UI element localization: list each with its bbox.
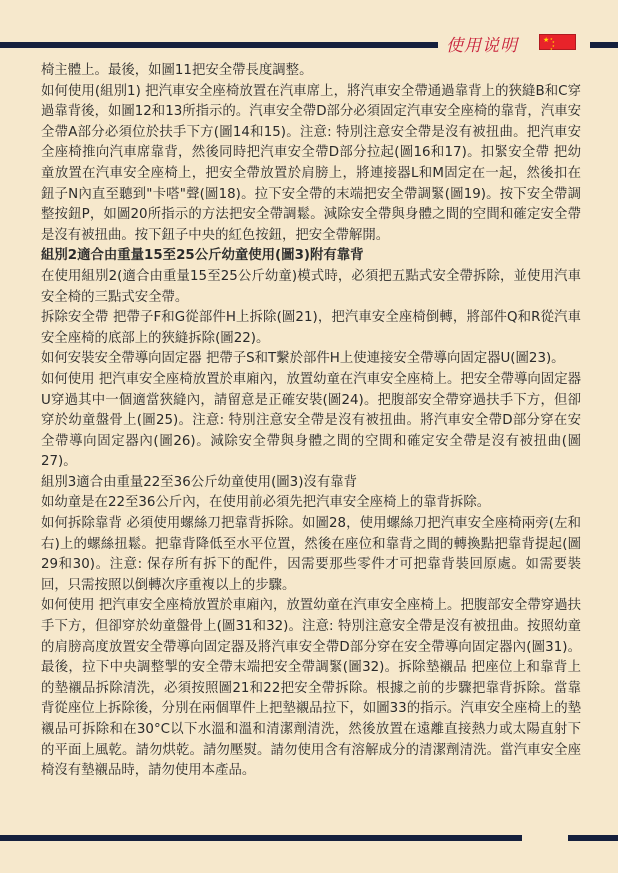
paragraph: 在使用組別2(適合由重量15至25公斤幼童)模式時，必須把五點式安全帶拆除，並使…: [41, 267, 581, 308]
paragraph: 拆除安全帶 把帶子F和G從部件H上拆除(圖21)，把汽車安全座椅倒轉，將部件Q和…: [41, 308, 581, 349]
footer-rule-left: [0, 835, 522, 841]
header-rule-right: [590, 42, 618, 48]
paragraph: 如何拆除靠背 必須使用螺絲刀把靠背拆除。如圖28，使用螺絲刀把汽車安全座椅兩旁(…: [41, 514, 581, 596]
paragraph: 椅主體上。最後，如圖11把安全帶長度調整。: [41, 61, 581, 82]
china-flag-icon: ★ ★ ★ ★ ★: [539, 34, 576, 50]
page-title: 使用说明: [446, 31, 518, 56]
paragraph: 如何使用(組別1) 把汽車安全座椅放置在汽車席上，將汽車安全帶通過靠背上的狹縫B…: [41, 82, 581, 247]
section-heading: 組別2適合由重量15至25公斤幼童使用(圖3)附有靠背: [41, 246, 581, 267]
section-heading: 組別3適合由重量22至36公斤幼童使用(圖3)沒有靠背: [41, 473, 581, 494]
paragraph: 如何使用 把汽車安全座椅放置於車廂內，放置幼童在汽車安全座椅上。把腹部安全帶穿過…: [41, 596, 581, 781]
paragraph: 如何使用 把汽車安全座椅放置於車廂內，放置幼童在汽車安全座椅上。把安全帶導向固定…: [41, 370, 581, 473]
paragraph: 如何安裝安全帶導向固定器 把帶子S和T繫於部件H上使連接安全帶導向固定器U(圖2…: [41, 349, 581, 370]
paragraph: 如幼童是在22至36公斤內，在使用前必須先把汽車安全座椅上的靠背拆除。: [41, 493, 581, 514]
header-rule-left: [0, 42, 438, 48]
instruction-body: 椅主體上。最後，如圖11把安全帶長度調整。 如何使用(組別1) 把汽車安全座椅放…: [41, 61, 581, 782]
footer-rule-right: [568, 835, 618, 841]
